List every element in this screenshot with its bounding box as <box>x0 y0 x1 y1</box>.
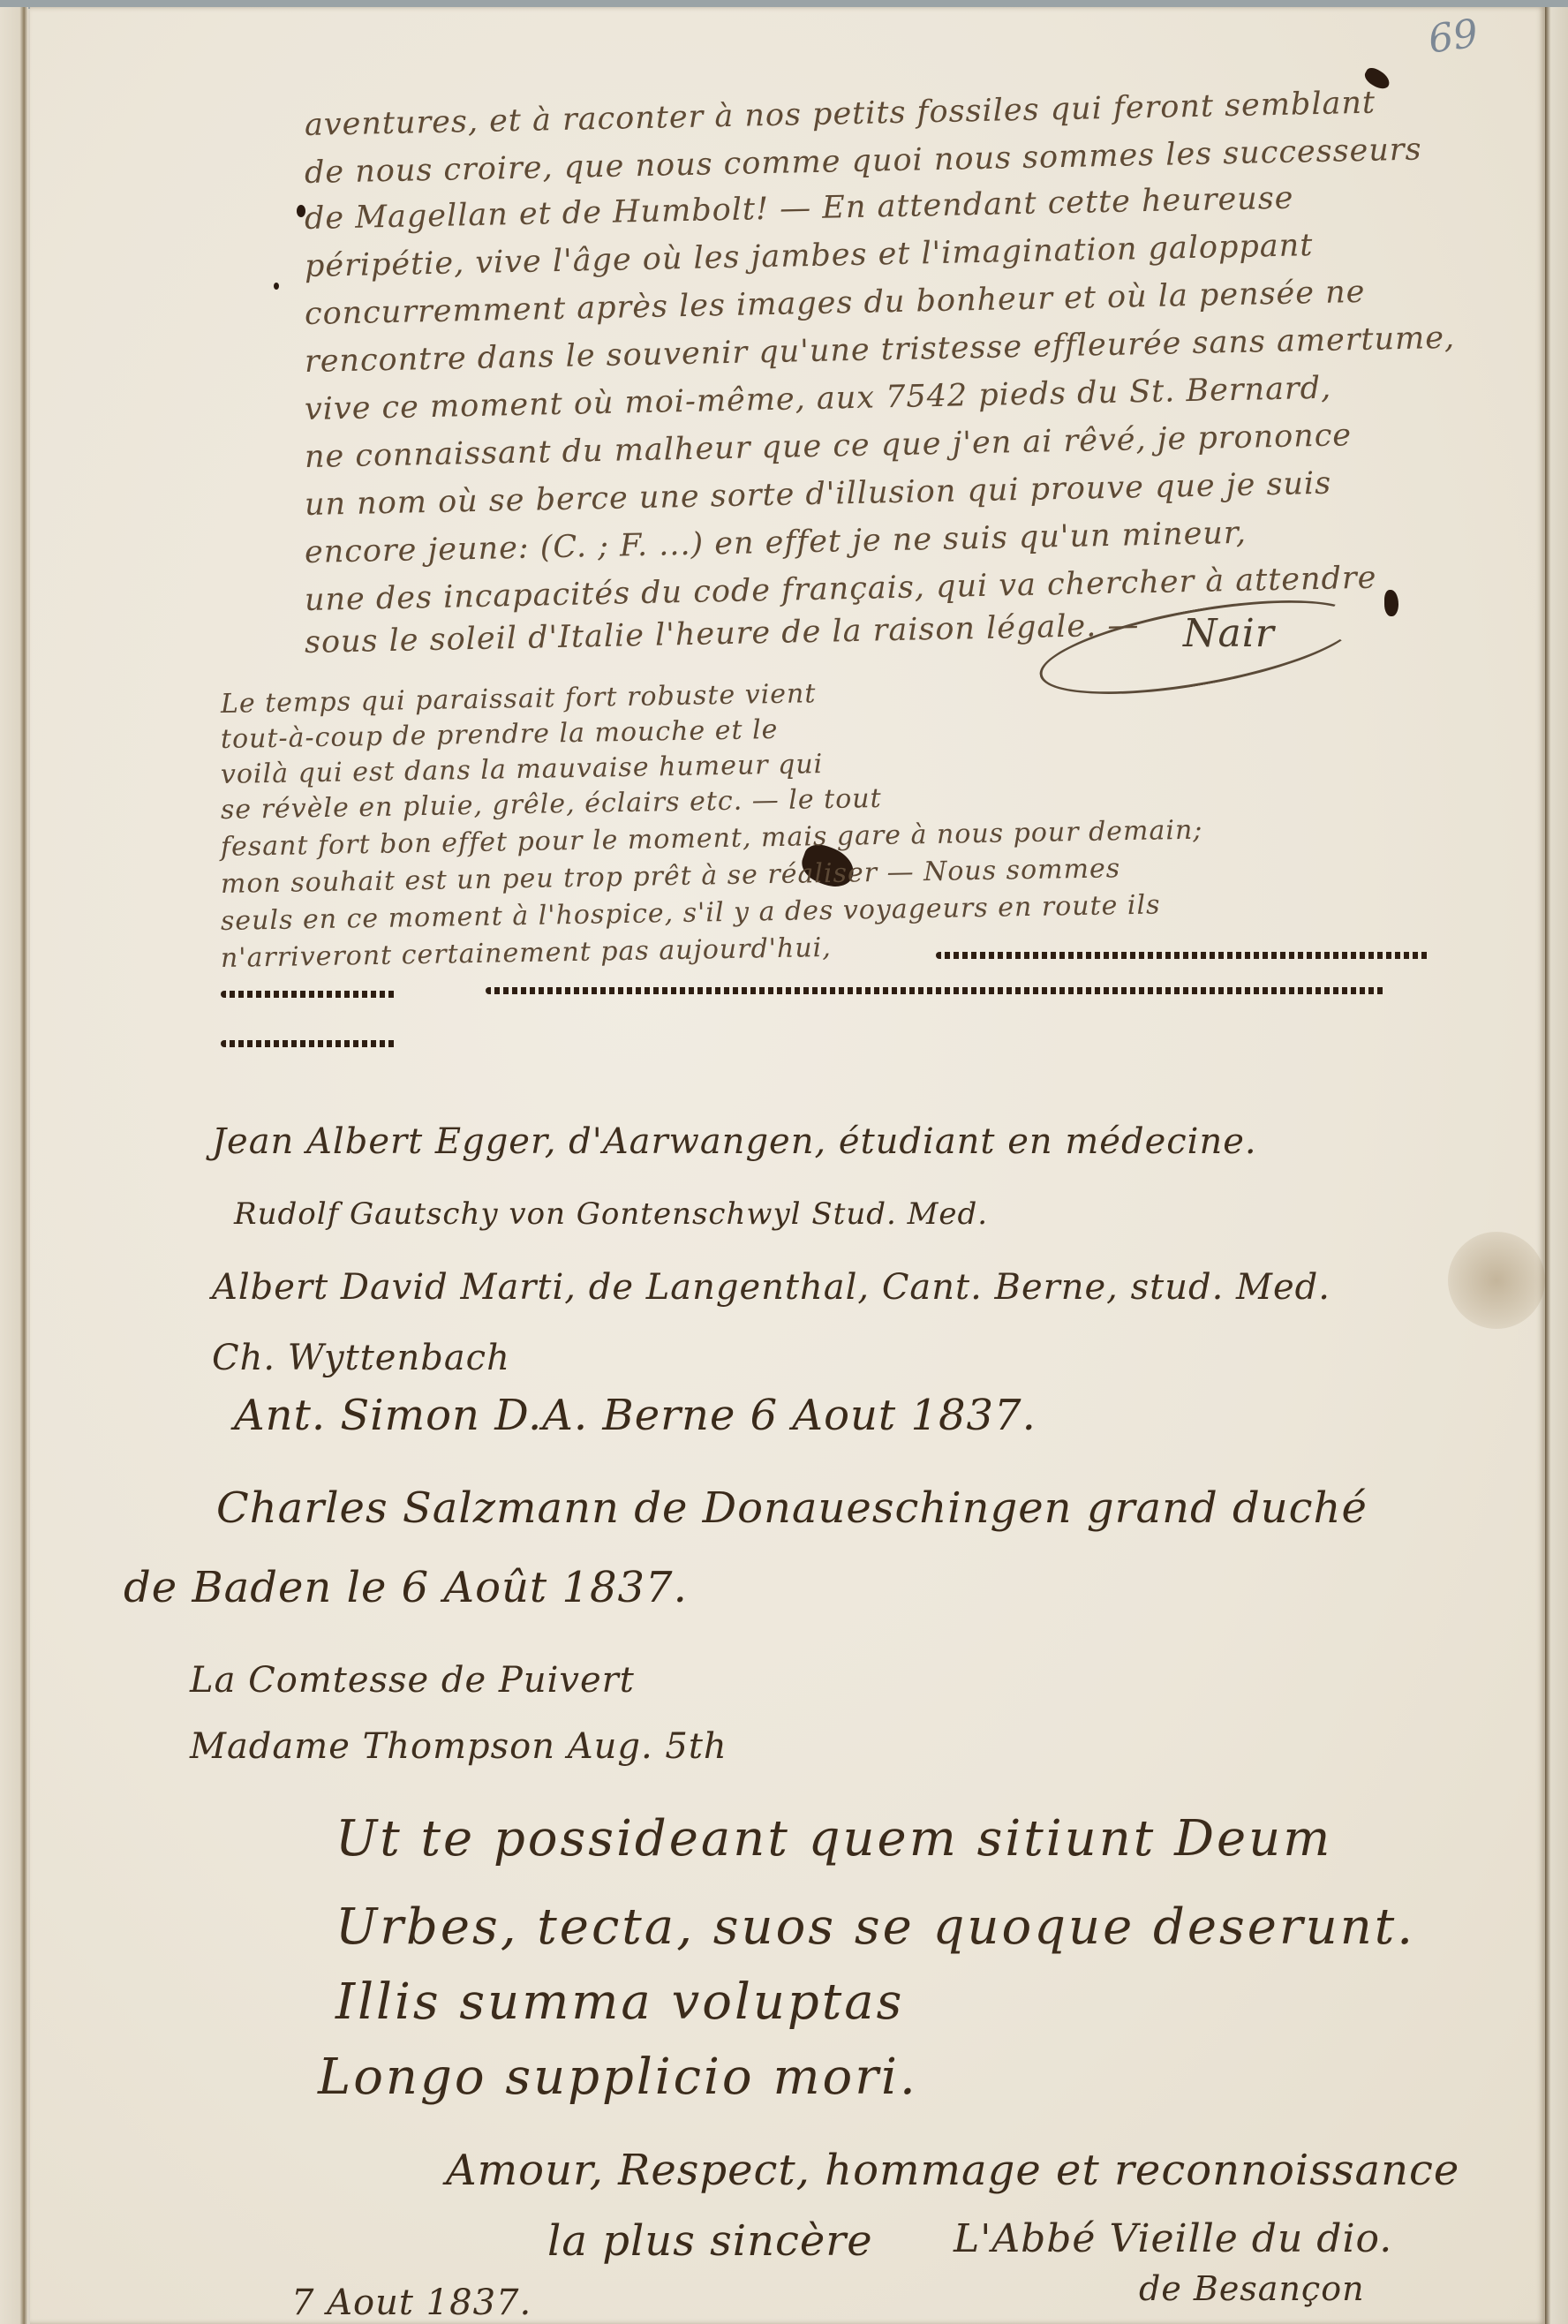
signature-nair: Nair <box>1183 611 1275 656</box>
signature-entry: Rudolf Gautschy von Gontenschwyl Stud. M… <box>234 1196 988 1232</box>
closing-signer-place: de Besançon <box>1139 2269 1365 2308</box>
struck-through-text <box>221 991 397 998</box>
page-right-edge <box>1545 7 1568 2324</box>
signature-entry: Charles Salzmann de Donaueschingen grand… <box>216 1483 1368 1533</box>
signature-entry: Albert David Marti, de Langenthal, Cant.… <box>212 1267 1331 1308</box>
signature-entry: Jean Albert Egger, d'Aarwangen, étudiant… <box>212 1121 1257 1162</box>
verse-line: Ut te possideant quem sitiunt Deum <box>335 1810 1332 1867</box>
verse-line: Illis summa voluptas <box>335 1973 904 2031</box>
signature-entry: La Comtesse de Puivert <box>190 1660 635 1701</box>
verse-line: Urbes, tecta, suos se quoque deserunt. <box>335 1898 1415 1956</box>
closing-line: la plus sincère <box>547 2216 873 2266</box>
water-stain <box>1448 1232 1545 1329</box>
struck-through-text <box>486 987 1386 994</box>
verse-line: Longo supplicio mori. <box>318 2049 918 2106</box>
closing-signer: L'Abbé Vieille du dio. <box>954 2216 1392 2261</box>
margin-dot <box>274 283 279 290</box>
previous-page-edge <box>0 7 28 2324</box>
ink-blot <box>1384 590 1398 616</box>
signature-entry: Ch. Wyttenbach <box>212 1338 510 1378</box>
closing-line: Amour, Respect, hommage et reconnoissanc… <box>446 2146 1459 2195</box>
signature-entry: Madame Thompson Aug. 5th <box>190 1726 727 1767</box>
page-number: 69 <box>1426 11 1481 62</box>
closing-date: 7 Aout 1837. <box>291 2282 531 2323</box>
struck-through-text <box>936 952 1430 959</box>
signature-entry: de Baden le 6 Août 1837. <box>124 1563 688 1612</box>
signature-entry: Ant. Simon D.A. Berne 6 Aout 1837. <box>234 1391 1037 1440</box>
struck-through-text <box>221 1040 397 1047</box>
